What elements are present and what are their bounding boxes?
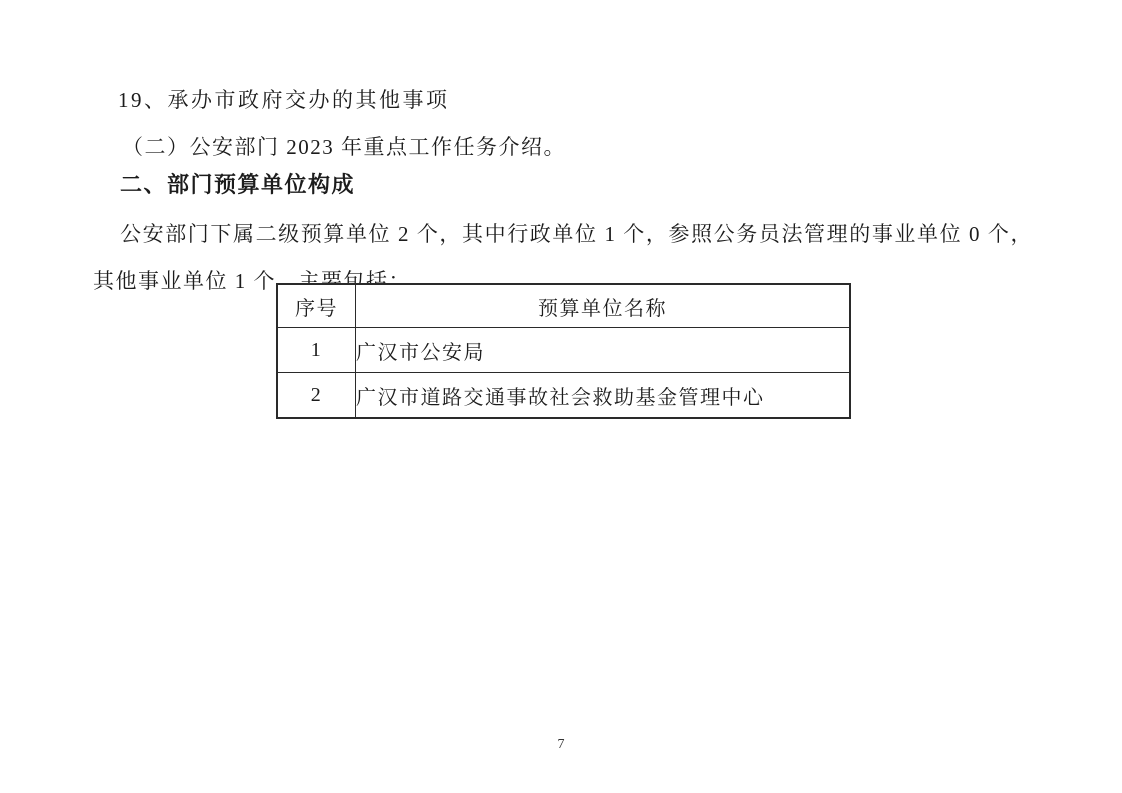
table-row: 1 广汉市公安局 [277, 328, 850, 373]
table-cell-index: 2 [277, 373, 356, 419]
list-item-19: 19、承办市政府交办的其他事项 [118, 84, 450, 114]
table-cell-index: 1 [277, 328, 356, 373]
table-cell-unit-name: 广汉市公安局 [356, 328, 851, 373]
table-row: 2 广汉市道路交通事故社会救助基金管理中心 [277, 373, 850, 419]
table-cell-unit-name: 广汉市道路交通事故社会救助基金管理中心 [356, 373, 851, 419]
table-header-index: 序号 [277, 284, 356, 328]
table-header-row: 序号 预算单位名称 [277, 284, 850, 328]
subsection-intro: （二）公安部门 2023 年重点工作任务介绍。 [122, 131, 566, 161]
table-header-unit-name: 预算单位名称 [356, 284, 851, 328]
document-page: 19、承办市政府交办的其他事项 （二）公安部门 2023 年重点工作任务介绍。 … [0, 0, 1122, 793]
budget-units-table: 序号 预算单位名称 1 广汉市公安局 2 广汉市道路交通事故社会救助基金管理中心 [276, 283, 851, 419]
page-number: 7 [0, 737, 1122, 753]
section-heading: 二、部门预算单位构成 [120, 168, 355, 199]
